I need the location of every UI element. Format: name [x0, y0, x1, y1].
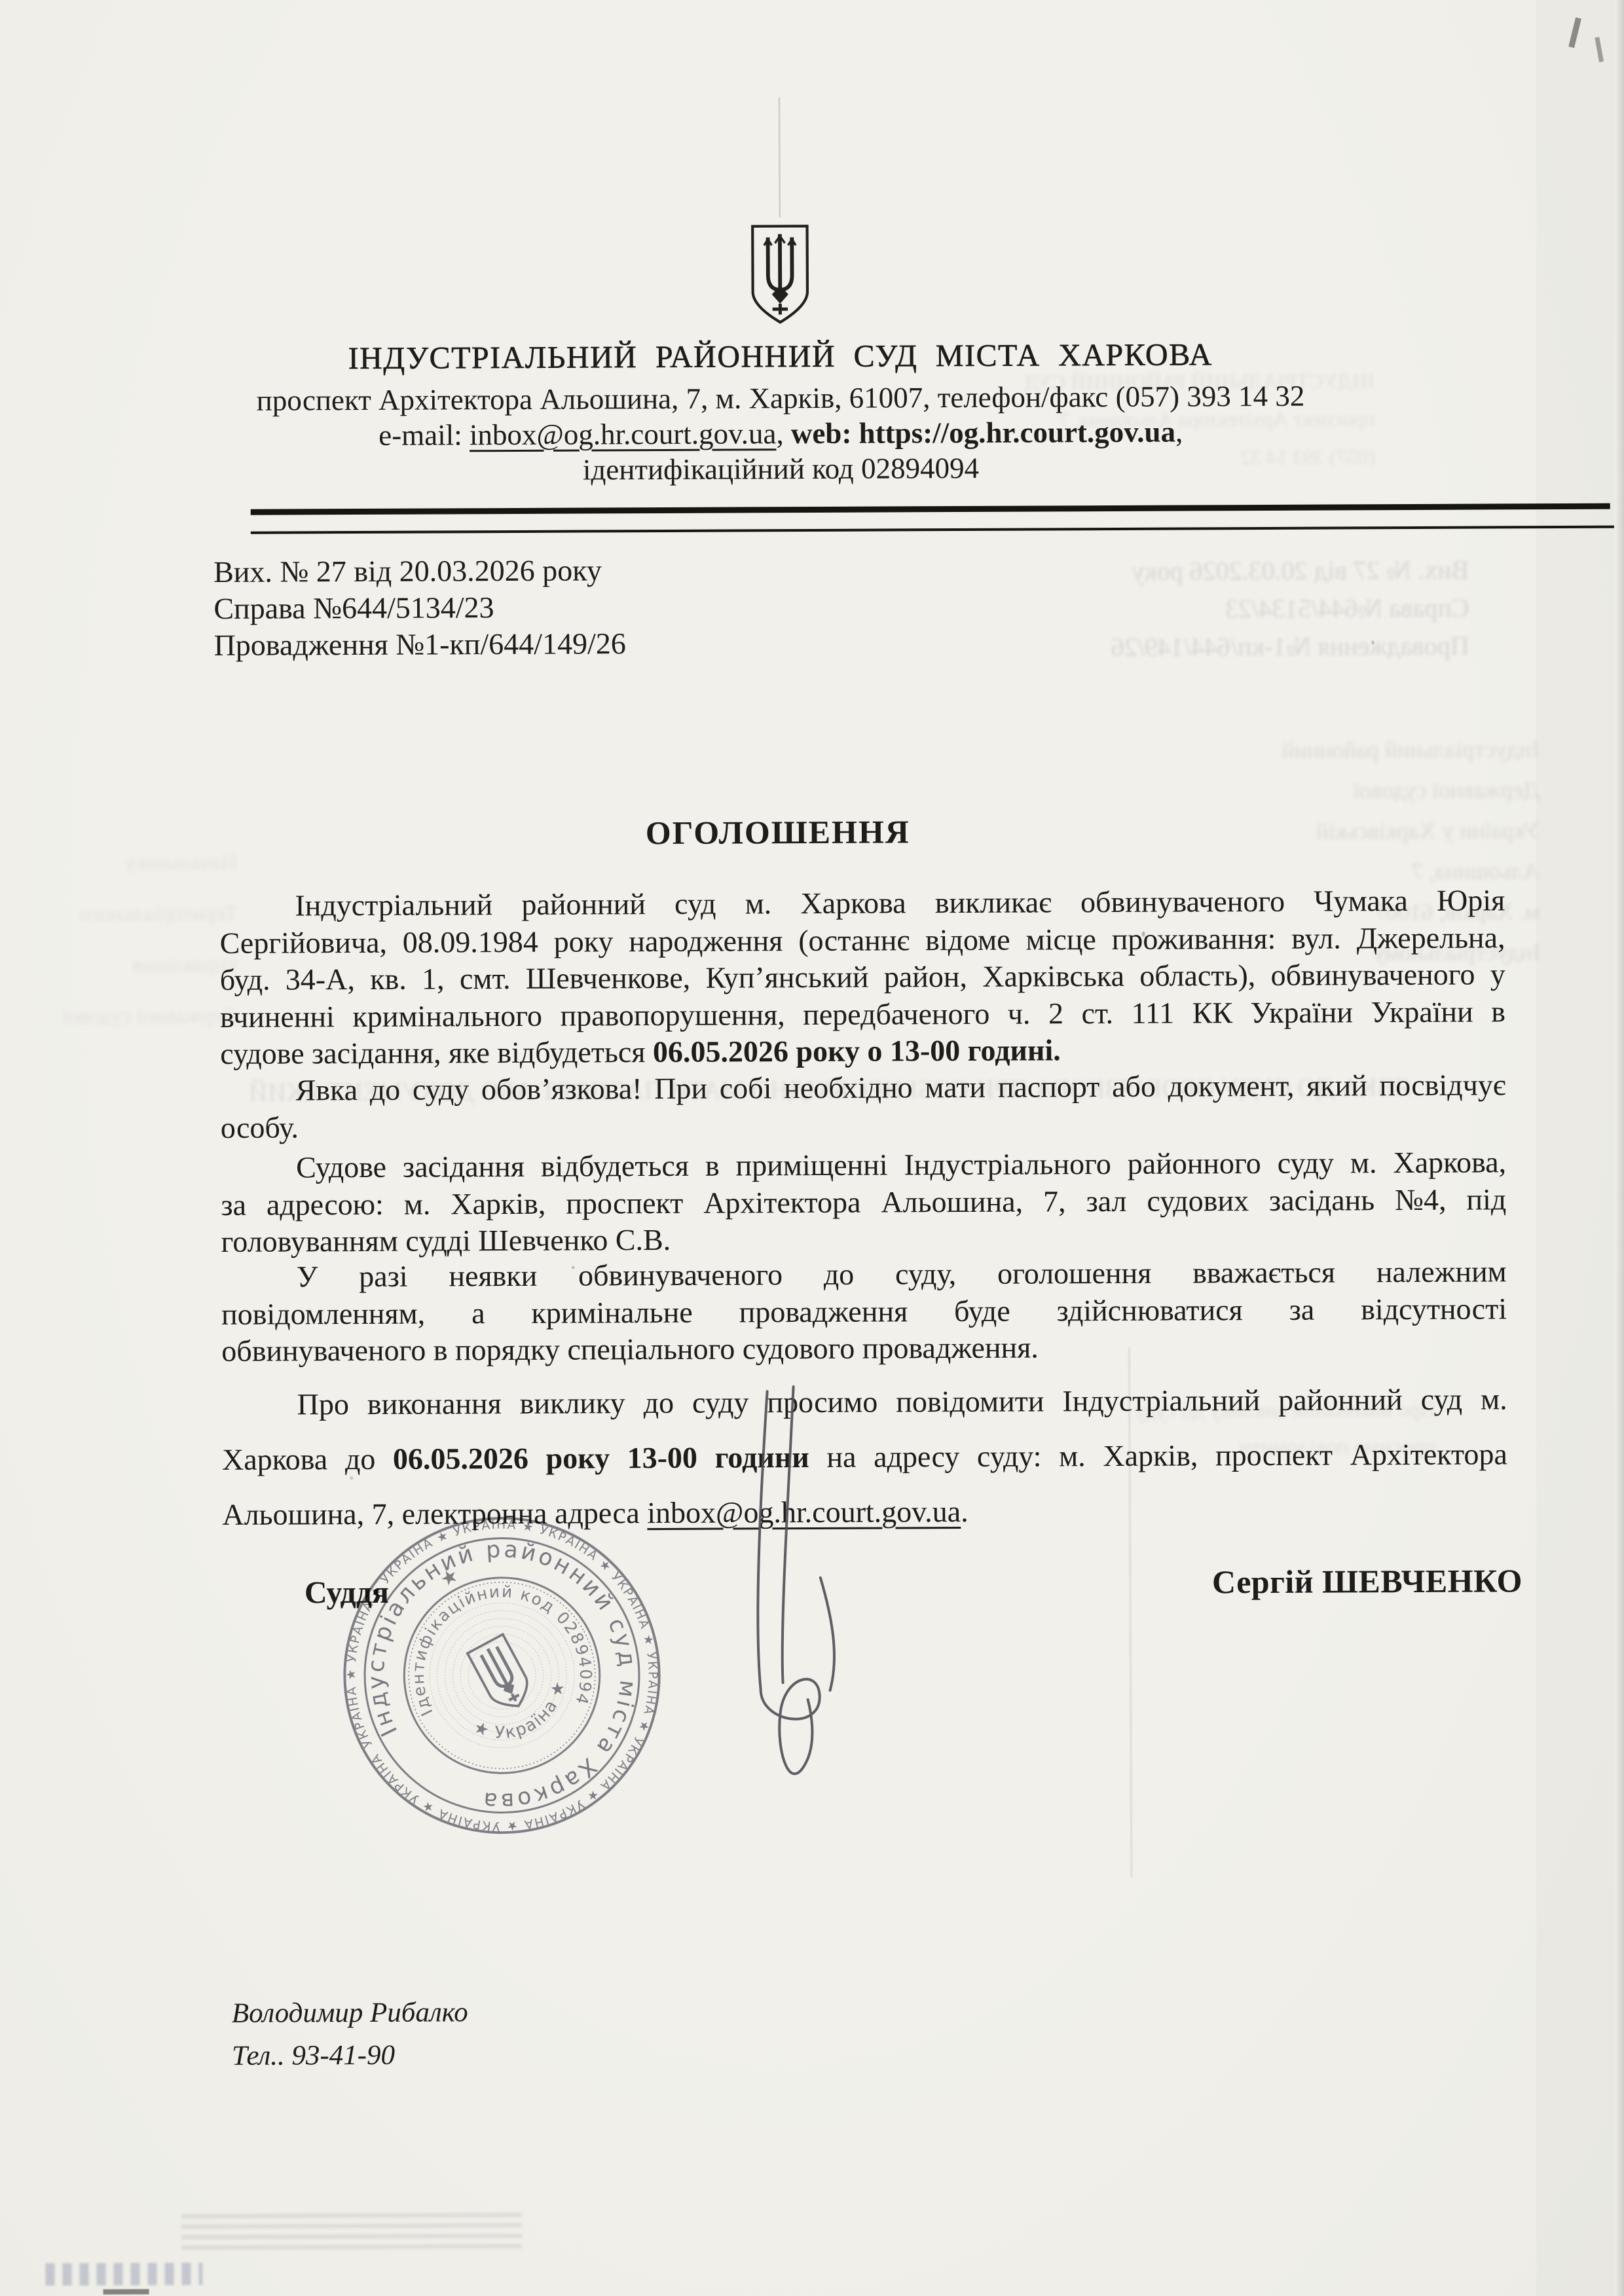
contact-phone: Тел.. 93-41-90 — [232, 2039, 395, 2072]
ghost-text: Вих. № 27 від 20.03.2026 рокуСправа №644… — [1111, 551, 1469, 666]
ghost-text: НачальникуТериторіальногоуправлінняДержа… — [61, 837, 238, 1042]
paragraph: СудовезасіданнявідбудетьсявприміщенніІнд… — [221, 1144, 1507, 1260]
court-contacts: e-mail: inbox@og.hr.court.gov.ua, web: h… — [0, 413, 1564, 454]
body-line: Сергійовича,08.09.1984рокународження(ост… — [220, 919, 1505, 962]
court-seal-stamp-icon: УКРАЇНА ★ УКРАЇНА ★ УКРАЇНА ★ УКРАЇНА ★ … — [339, 1513, 664, 1838]
comma2: , — [1175, 416, 1183, 448]
contact-name: Володимир Рибалко — [232, 1996, 468, 2030]
body-line: буд.34-А,кв.1,смт.Шевченкове,Куп’янський… — [220, 956, 1505, 998]
judge-name: Сергій ШЕВЧЕНКО — [1212, 1561, 1522, 1601]
case-number: Справа №644/5134/23 — [213, 589, 625, 627]
court-id-code: ідентифікаційний код 02894094 — [0, 448, 1565, 489]
body-line: судове засідання, яке відбудеться 06.05.… — [220, 1030, 1505, 1072]
paragraph: Явкадосудуобов’язкова!Присобінеобхіднома… — [220, 1066, 1505, 1146]
court-name: ІНДУСТРІАЛЬНИЙ РАЙОННИЙ СУД МІСТА ХАРКОВ… — [0, 335, 1564, 378]
speck-2 — [572, 1266, 575, 1269]
body-line: Індустріальнийрайоннийсудм.Харковавиклик… — [219, 882, 1505, 924]
page-content: ІНДУСТРІАЛЬНИЙ РАЙОННИЙ СУДпроспект Архі… — [0, 0, 1624, 2296]
document-title: ОГОЛОШЕННЯ — [0, 810, 1557, 854]
email-link: inbox@og.hr.court.gov.ua — [470, 417, 777, 451]
bottom-smudge — [181, 2213, 522, 2252]
corner-mark-2 — [1595, 37, 1604, 62]
handwritten-signature-icon — [682, 1381, 900, 1800]
reference-block: Вих. № 27 від 20.03.2026 року Справа №64… — [213, 552, 626, 664]
body-line: повідомленням,акримінальнепровадженнябуд… — [221, 1290, 1507, 1333]
email-label: e-mail: — [378, 418, 470, 452]
svg-text:★ Україна ★: ★ Україна ★ — [465, 1671, 583, 1761]
paragraph: Уразінеявкиобвинуваченогодосуду,оголошен… — [221, 1253, 1507, 1370]
corner-mark-1 — [1568, 17, 1581, 48]
bottom-dashes — [103, 2289, 149, 2294]
proceeding-number: Провадження №1-кп/644/149/26 — [214, 625, 626, 664]
body-line: Явкадосудуобов’язкова!Присобінеобхіднома… — [220, 1066, 1505, 1109]
divider-thin — [251, 526, 1614, 534]
body-line: Уразінеявкиобвинуваченогодосуду,оголошен… — [221, 1253, 1507, 1296]
speck-4 — [350, 1476, 353, 1480]
body-line: обвинуваченого в порядку спеціального су… — [221, 1327, 1507, 1370]
comma: , — [776, 417, 791, 450]
divider-thick — [251, 503, 1610, 515]
body-line: СудовезасіданнявідбудетьсявприміщенніІнд… — [221, 1144, 1506, 1186]
body-line: особу. — [221, 1104, 1506, 1146]
scanned-court-document: { "page": {"paper_color": "#efeee9", "in… — [0, 0, 1624, 2296]
court-address: проспект Архітектора Альошина, 7, м. Хар… — [0, 378, 1564, 418]
body-line: заадресою:м.Харків,проспектАрхітектораАл… — [221, 1181, 1506, 1224]
bottom-left-mark — [45, 2263, 202, 2286]
body-line: вчиненнікримінальногоправопорушення,пере… — [220, 993, 1505, 1036]
speck-1 — [1142, 932, 1145, 937]
scan-crease-top — [779, 97, 781, 217]
speck-3 — [1372, 640, 1375, 644]
paragraph: Індустріальнийрайоннийсудм.Харковавиклик… — [219, 882, 1505, 1072]
web-link: web: https://og.hr.court.gov.ua — [791, 416, 1175, 450]
ukraine-trident-shield-icon — [747, 217, 813, 332]
outgoing-number: Вих. № 27 від 20.03.2026 року — [213, 552, 625, 591]
